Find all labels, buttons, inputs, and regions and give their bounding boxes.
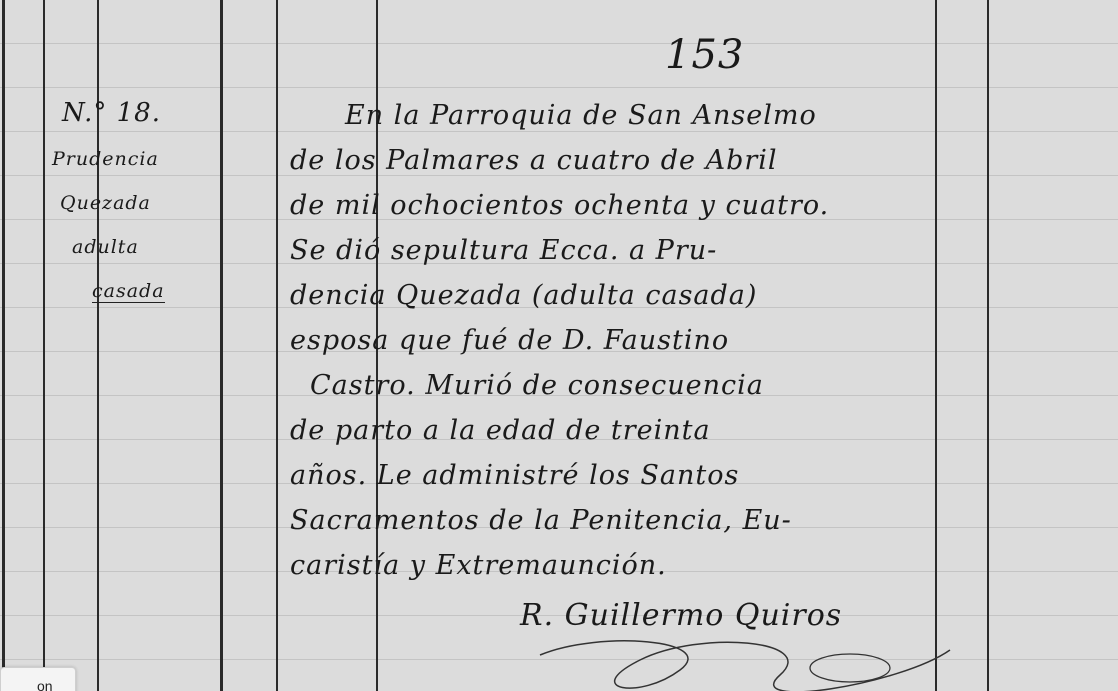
body-line: Sacramentos de la Penitencia, Eu- xyxy=(290,505,792,536)
caption-toggle-button[interactable]: on xyxy=(0,667,76,691)
ruling-line xyxy=(2,0,5,691)
ruling-line xyxy=(935,0,937,691)
body-line: Se dió sepultura Ecca. a Pru- xyxy=(290,235,717,266)
margin-status-1: adulta xyxy=(72,236,139,258)
ruling-line xyxy=(987,0,989,691)
body-line: de mil ochocientos ochenta y cuatro. xyxy=(290,190,829,221)
body-line: dencia Quezada (adulta casada) xyxy=(290,280,757,311)
page-number: 153 xyxy=(665,32,744,78)
body-line: de parto a la edad de treinta xyxy=(290,415,711,446)
body-line: años. Le administré los Santos xyxy=(290,460,739,491)
caption-toggle-label: on xyxy=(37,678,53,691)
margin-status-2: casada xyxy=(92,280,165,303)
body-line: En la Parroquia de San Anselmo xyxy=(345,100,817,131)
signature-flourish xyxy=(520,630,980,691)
ledger-page: 153 N.° 18. Prudencia Quezada adulta cas… xyxy=(0,0,1118,691)
body-line: de los Palmares a cuatro de Abril xyxy=(290,145,778,176)
body-line: caristía y Extremaunción. xyxy=(290,550,667,581)
margin-name-last: Quezada xyxy=(60,192,151,214)
ruling-line xyxy=(43,0,45,691)
body-line: Castro. Murió de consecuencia xyxy=(310,370,764,401)
entry-number: N.° 18. xyxy=(62,98,161,128)
signature: R. Guillermo Quiros xyxy=(520,598,842,633)
body-line: esposa que fué de D. Faustino xyxy=(290,325,729,356)
margin-name-first: Prudencia xyxy=(52,148,159,170)
ruling-line xyxy=(220,0,223,691)
ruling-line xyxy=(276,0,278,691)
